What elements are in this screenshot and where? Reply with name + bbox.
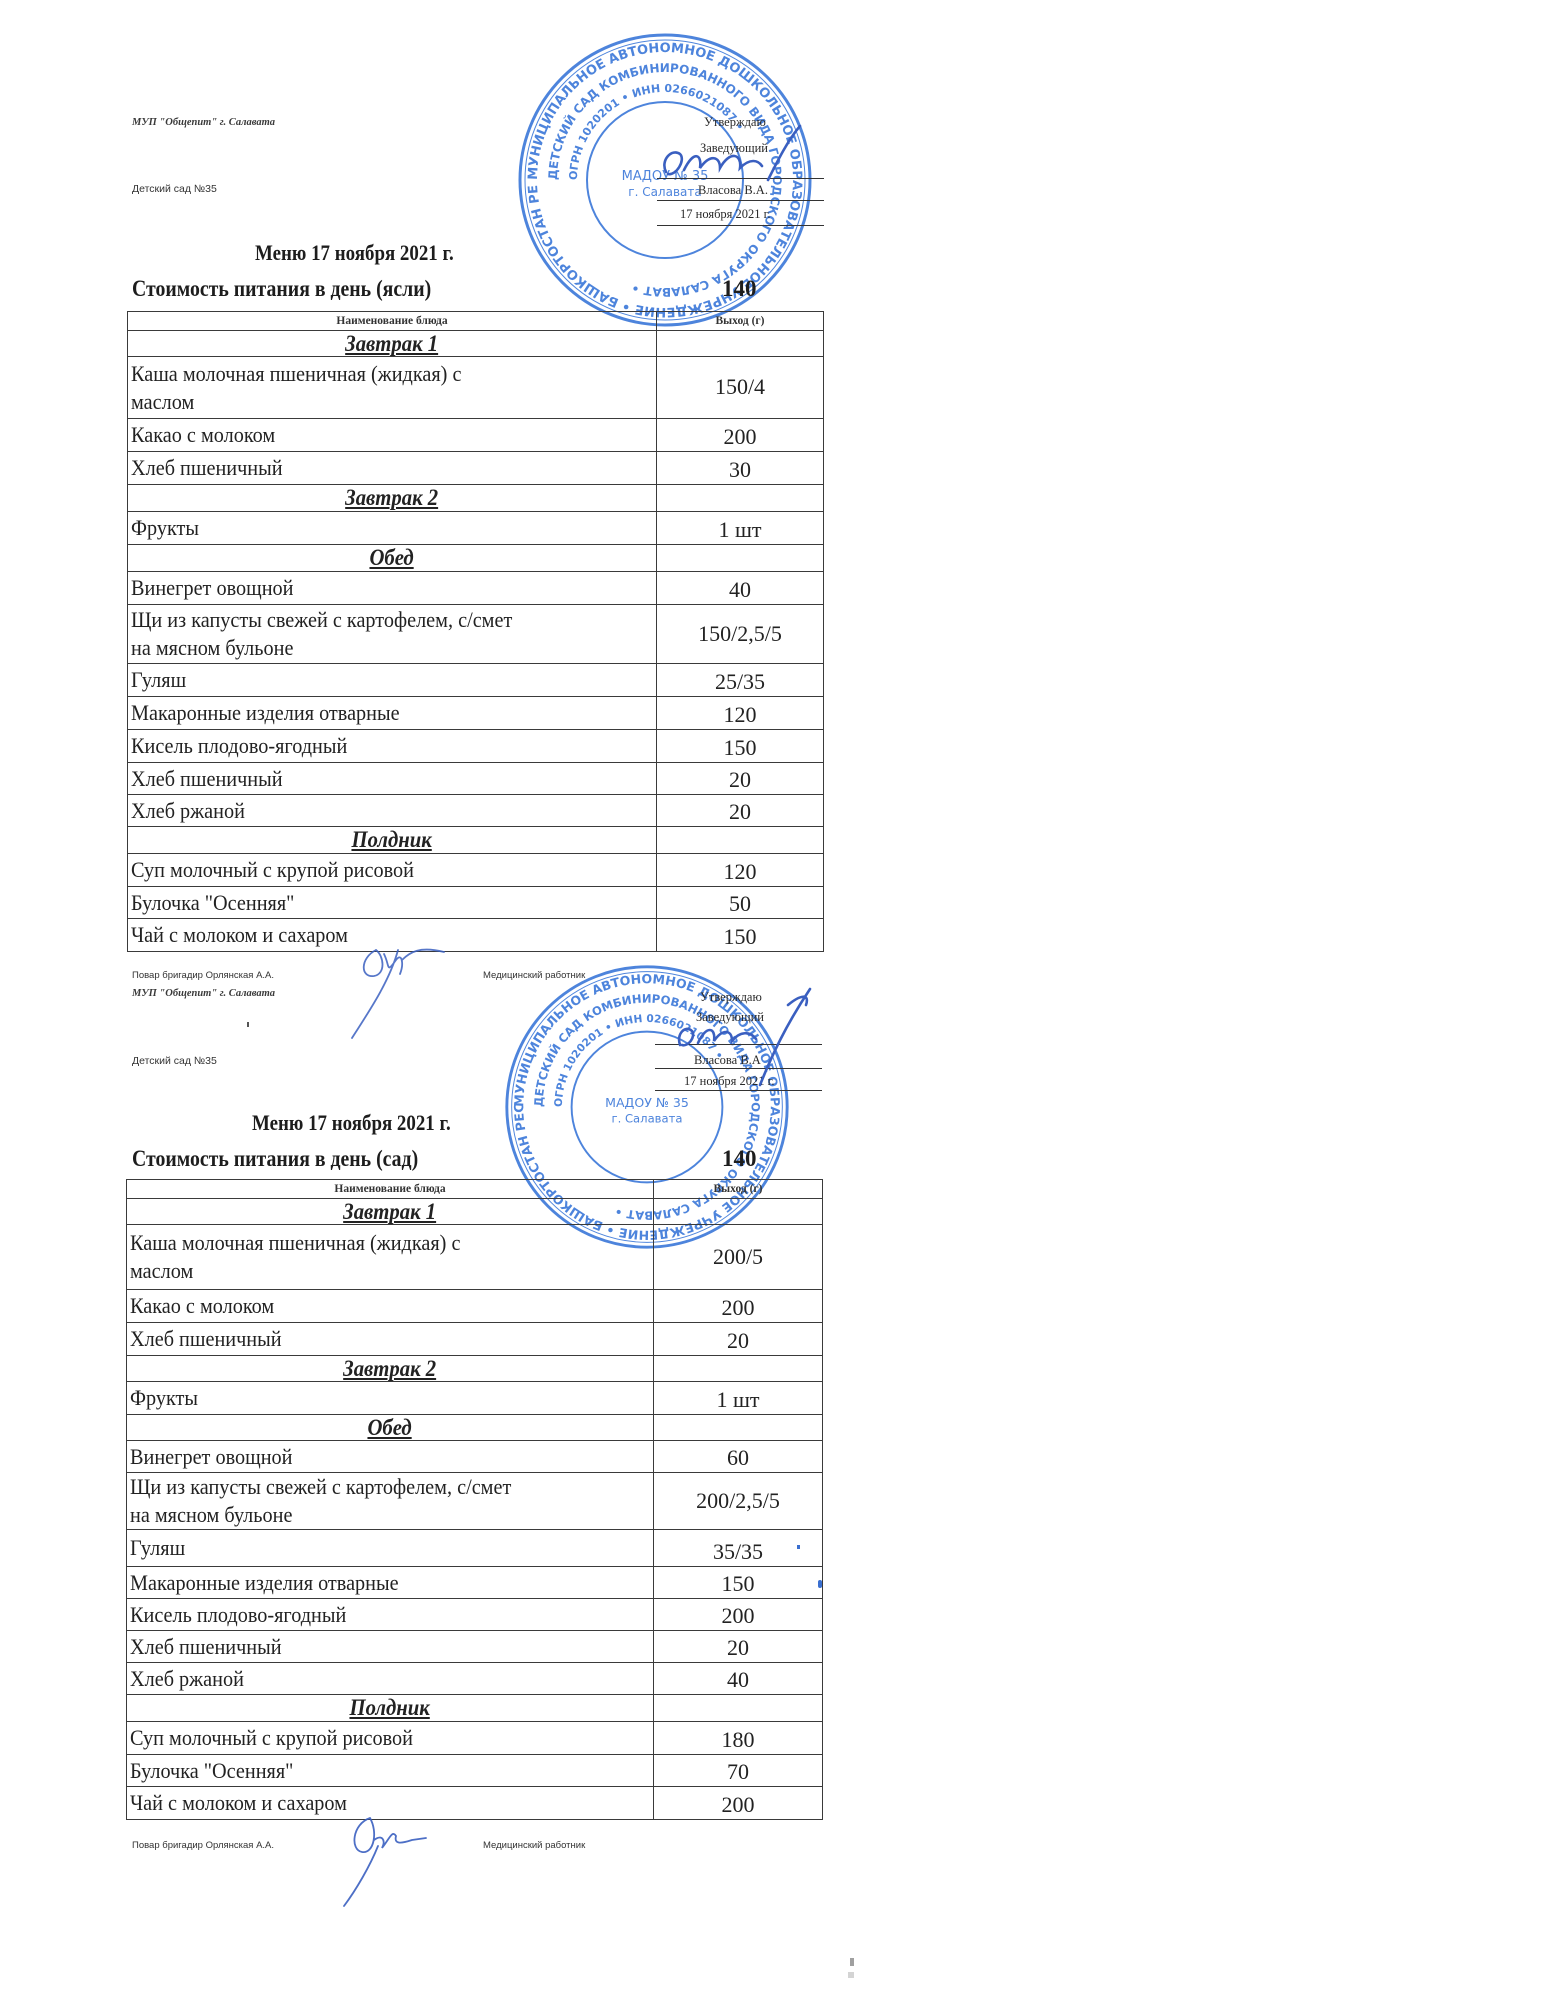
dish-name: Хлеб ржаной bbox=[130, 1665, 244, 1693]
dish-name: Винегрет овощной bbox=[131, 574, 293, 602]
dish-name: Хлеб пшеничный bbox=[130, 1633, 282, 1661]
table-row: Хлеб пшеничный20 bbox=[128, 763, 824, 795]
dish-name: Фрукты bbox=[130, 1384, 198, 1412]
dish-name: Щи из капусты свежей с картофелем, с/сме… bbox=[131, 606, 512, 634]
menu-table: Наименование блюдаВыход (г) Завтрак 1 Ка… bbox=[127, 311, 824, 952]
table-row: Кисель плодово-ягодный150 bbox=[128, 730, 824, 763]
dish-name: Щи из капусты свежей с картофелем, с/сме… bbox=[130, 1473, 511, 1501]
kindergarten-name: Детский сад №35 bbox=[132, 1055, 217, 1067]
section-row: Завтрак 1 bbox=[128, 331, 824, 357]
section-title: Завтрак 2 bbox=[346, 486, 439, 510]
dish-output: 200 bbox=[654, 1599, 823, 1631]
table-row: Каша молочная пшеничная (жидкая) смаслом… bbox=[128, 357, 824, 419]
cook-signature-icon bbox=[330, 1810, 460, 1910]
dish-name: Макаронные изделия отварные bbox=[131, 699, 400, 727]
column-header-dish: Наименование блюда bbox=[127, 1180, 654, 1199]
table-row: Фрукты1 шт bbox=[128, 512, 824, 545]
section-row: Завтрак 1 bbox=[127, 1199, 823, 1225]
dish-name-cont: маслом bbox=[131, 388, 194, 416]
table-row: Булочка "Осенняя"70 bbox=[127, 1755, 823, 1787]
cook-signature-icon bbox=[340, 930, 480, 1040]
dish-output: 150 bbox=[657, 919, 824, 952]
table-row: Гуляш25/35 bbox=[128, 664, 824, 697]
approval-date: 17 ноября 2021 г. bbox=[680, 207, 771, 222]
table-row: Хлеб ржаной40 bbox=[127, 1663, 823, 1695]
table-row: Макаронные изделия отварные120 bbox=[128, 697, 824, 730]
cook-signature-label: Повар бригадир Орлянская А.А. bbox=[132, 970, 274, 981]
section-row: Обед bbox=[128, 545, 824, 572]
dish-output: 20 bbox=[654, 1323, 823, 1356]
section-row: Полдник bbox=[127, 1695, 823, 1722]
table-row: Щи из капусты свежей с картофелем, с/сме… bbox=[128, 605, 824, 664]
dish-name: Хлеб ржаной bbox=[131, 797, 245, 825]
column-header-dish: Наименование блюда bbox=[128, 312, 657, 331]
director-signature-icon bbox=[650, 120, 810, 200]
dish-output: 200/5 bbox=[654, 1225, 823, 1290]
section-title: Завтрак 1 bbox=[344, 1200, 437, 1224]
dish-name-cont: маслом bbox=[130, 1257, 193, 1285]
dish-output: 200 bbox=[654, 1290, 823, 1323]
dish-output: 20 bbox=[657, 795, 824, 827]
dish-output: 150/4 bbox=[657, 357, 824, 419]
dish-output: 1 шт bbox=[657, 512, 824, 545]
table-row: Какао с молоком200 bbox=[128, 419, 824, 452]
svg-text:МАДОУ № 35: МАДОУ № 35 bbox=[605, 1095, 689, 1110]
dish-output: 40 bbox=[654, 1663, 823, 1695]
daily-cost-label: Стоимость питания в день (сад) bbox=[132, 1146, 418, 1172]
menu-title: Меню 17 ноября 2021 г. bbox=[255, 240, 454, 266]
dish-output: 50 bbox=[657, 887, 824, 919]
dish-name: Кисель плодово-ягодный bbox=[130, 1601, 346, 1629]
dish-name: Суп молочный с крупой рисовой bbox=[131, 856, 414, 884]
section-row: Завтрак 2 bbox=[128, 485, 824, 512]
dish-name: Каша молочная пшеничная (жидкая) с bbox=[130, 1229, 460, 1257]
scan-mark bbox=[850, 1958, 854, 1966]
ink-speck bbox=[797, 1545, 800, 1549]
dish-output: 200 bbox=[654, 1787, 823, 1820]
dish-output: 200 bbox=[657, 419, 824, 452]
table-row: Хлеб пшеничный20 bbox=[127, 1631, 823, 1663]
scan-mark bbox=[247, 1022, 249, 1027]
dish-output: 20 bbox=[657, 763, 824, 795]
dish-name: Гуляш bbox=[130, 1534, 185, 1562]
dish-output: 120 bbox=[657, 697, 824, 730]
kindergarten-name: Детский сад №35 bbox=[132, 183, 217, 195]
table-row: Какао с молоком200 bbox=[127, 1290, 823, 1323]
table-row: Чай с молоком и сахаром200 bbox=[127, 1787, 823, 1820]
table-row: Хлеб пшеничный30 bbox=[128, 452, 824, 485]
dish-output: 70 bbox=[654, 1755, 823, 1787]
dish-output: 150/2,5/5 bbox=[657, 605, 824, 664]
dish-output: 30 bbox=[657, 452, 824, 485]
daily-cost-label: Стоимость питания в день (ясли) bbox=[132, 276, 431, 302]
table-row: Фрукты1 шт bbox=[127, 1382, 823, 1415]
dish-name-cont: на мясном бульоне bbox=[131, 634, 293, 662]
dish-output: 200/2,5/5 bbox=[654, 1473, 823, 1530]
table-row: Хлеб пшеничный20 bbox=[127, 1323, 823, 1356]
organization-name: МУП "Общепит" г. Салавата bbox=[132, 117, 275, 128]
dish-name: Фрукты bbox=[131, 514, 199, 542]
table-row: Хлеб ржаной20 bbox=[128, 795, 824, 827]
dish-name: Каша молочная пшеничная (жидкая) с bbox=[131, 360, 461, 388]
dish-name: Какао с молоком bbox=[131, 421, 275, 449]
dish-name: Винегрет овощной bbox=[130, 1443, 292, 1471]
dish-output: 20 bbox=[654, 1631, 823, 1663]
dish-name: Макаронные изделия отварные bbox=[130, 1569, 399, 1597]
dish-name: Суп молочный с крупой рисовой bbox=[130, 1724, 413, 1752]
dish-output: 120 bbox=[657, 854, 824, 887]
table-row: Винегрет овощной40 bbox=[128, 572, 824, 605]
dish-name: Гуляш bbox=[131, 666, 186, 694]
table-row: Кисель плодово-ягодный200 bbox=[127, 1599, 823, 1631]
dish-output: 1 шт bbox=[654, 1382, 823, 1415]
table-row: Гуляш35/35 bbox=[127, 1530, 823, 1567]
dish-output: 40 bbox=[657, 572, 824, 605]
column-header-output: Выход (г) bbox=[657, 312, 824, 331]
dish-name: Чай с молоком и сахаром bbox=[130, 1789, 347, 1817]
dish-name: Хлеб пшеничный bbox=[131, 454, 283, 482]
menu-title: Меню 17 ноября 2021 г. bbox=[252, 1110, 451, 1136]
table-row: Булочка "Осенняя"50 bbox=[128, 887, 824, 919]
scan-mark bbox=[848, 1972, 854, 1978]
section-row: Полдник bbox=[128, 827, 824, 854]
dish-output: 60 bbox=[654, 1441, 823, 1473]
dish-output: 150 bbox=[657, 730, 824, 763]
ink-speck bbox=[818, 1580, 822, 1588]
dish-name: Хлеб пшеничный bbox=[131, 765, 283, 793]
table-row: Суп молочный с крупой рисовой120 bbox=[128, 854, 824, 887]
section-title: Полдник bbox=[352, 828, 432, 852]
dish-name: Кисель плодово-ягодный bbox=[131, 732, 347, 760]
section-row: Завтрак 2 bbox=[127, 1356, 823, 1382]
dish-name: Булочка "Осенняя" bbox=[131, 889, 294, 917]
organization-name: МУП "Общепит" г. Салавата bbox=[132, 988, 275, 999]
section-title: Обед bbox=[370, 546, 414, 570]
daily-cost-value: 140 bbox=[722, 1146, 757, 1172]
table-row: Каша молочная пшеничная (жидкая) смаслом… bbox=[127, 1225, 823, 1290]
date-line bbox=[657, 225, 824, 226]
dish-name: Булочка "Осенняя" bbox=[130, 1757, 293, 1785]
section-title: Завтрак 2 bbox=[344, 1357, 437, 1381]
dish-name-cont: на мясном бульоне bbox=[130, 1501, 292, 1529]
section-title: Полдник bbox=[350, 1696, 430, 1720]
table-row: Макаронные изделия отварные150 bbox=[127, 1567, 823, 1599]
director-signature-icon bbox=[660, 985, 820, 1095]
dish-name: Хлеб пшеничный bbox=[130, 1325, 282, 1353]
dish-name: Чай с молоком и сахаром bbox=[131, 921, 348, 949]
dish-output: 150 bbox=[654, 1567, 823, 1599]
dish-output: 180 bbox=[654, 1722, 823, 1755]
dish-name: Какао с молоком bbox=[130, 1292, 274, 1320]
svg-text:г. Салавата: г. Салавата bbox=[612, 1111, 683, 1125]
medic-signature-label: Медицинский работник bbox=[483, 1840, 585, 1851]
table-row: Щи из капусты свежей с картофелем, с/сме… bbox=[127, 1473, 823, 1530]
column-header-output: Выход (г) bbox=[654, 1180, 823, 1199]
table-row: Суп молочный с крупой рисовой180 bbox=[127, 1722, 823, 1755]
section-row: Обед bbox=[127, 1415, 823, 1441]
table-row: Винегрет овощной60 bbox=[127, 1441, 823, 1473]
name-line bbox=[657, 200, 824, 201]
daily-cost-value: 140 bbox=[722, 276, 757, 302]
menu-table: Наименование блюдаВыход (г) Завтрак 1 Ка… bbox=[126, 1179, 823, 1820]
section-title: Обед bbox=[368, 1416, 412, 1440]
cook-signature-label: Повар бригадир Орлянская А.А. bbox=[132, 1840, 274, 1851]
section-title: Завтрак 1 bbox=[346, 332, 439, 356]
dish-output: 25/35 bbox=[657, 664, 824, 697]
